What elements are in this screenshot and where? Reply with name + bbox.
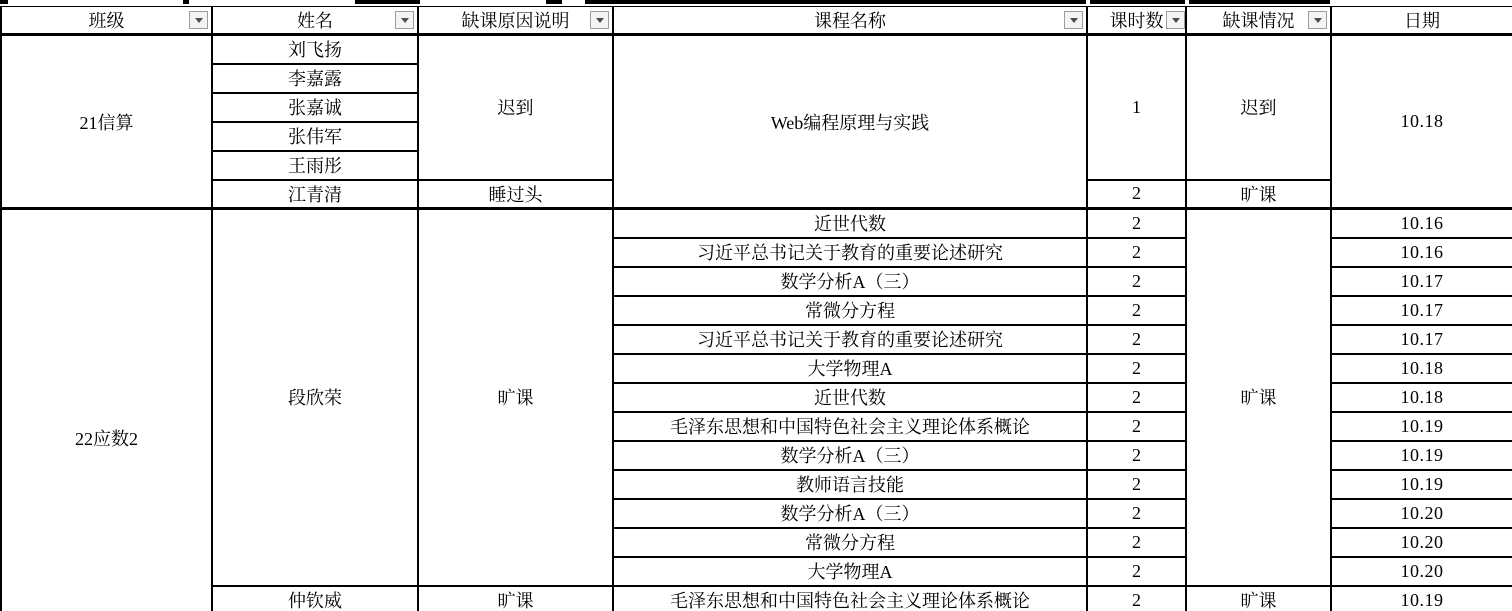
column-label-hours: 课时数 [1110, 11, 1164, 31]
cell-name[interactable]: 李嘉露 [212, 64, 418, 93]
cut-cell-fragment [355, 0, 420, 4]
chevron-down-icon [1070, 18, 1078, 23]
filter-button-hours[interactable] [1166, 11, 1185, 29]
cell-hours[interactable]: 2 [1087, 180, 1186, 209]
cut-cell-border-fragment [585, 0, 1086, 4]
chevron-down-icon [195, 18, 203, 23]
cell-hours[interactable]: 1 [1087, 35, 1186, 180]
cell-date[interactable]: 10.18 [1331, 35, 1512, 209]
cell-hours[interactable]: 2 [1087, 238, 1186, 267]
table-row: 仲钦威旷课毛泽东思想和中国特色社会主义理论体系概论2旷课10.19 [1, 586, 1512, 611]
column-header-course[interactable]: 课程名称 [613, 7, 1087, 35]
cut-cell-fragment [546, 0, 562, 4]
cell-name[interactable]: 张伟军 [212, 122, 418, 151]
table-header: 班级姓名缺课原因说明课程名称课时数缺课情况日期 [1, 7, 1512, 35]
cell-hours[interactable]: 2 [1087, 267, 1186, 296]
cell-name[interactable]: 仲钦威 [212, 586, 418, 611]
cut-cell-border-fragment [1189, 0, 1330, 4]
cell-hours[interactable]: 2 [1087, 557, 1186, 586]
cell-date[interactable]: 10.19 [1331, 441, 1512, 470]
cell-date[interactable]: 10.17 [1331, 267, 1512, 296]
cell-hours[interactable]: 2 [1087, 441, 1186, 470]
cell-reason[interactable]: 迟到 [418, 35, 613, 180]
cell-date[interactable]: 10.19 [1331, 412, 1512, 441]
cell-course[interactable]: Web编程原理与实践 [613, 35, 1087, 209]
cell-date[interactable]: 10.18 [1331, 383, 1512, 412]
column-header-reason[interactable]: 缺课原因说明 [418, 7, 613, 35]
cell-hours[interactable]: 2 [1087, 354, 1186, 383]
cell-name[interactable]: 张嘉诚 [212, 93, 418, 122]
cell-hours[interactable]: 2 [1087, 470, 1186, 499]
filter-button-course[interactable] [1064, 11, 1083, 29]
chevron-down-icon [596, 18, 604, 23]
cut-cell-fragment [183, 0, 189, 4]
cell-course[interactable]: 习近平总书记关于教育的重要论述研究 [613, 238, 1087, 267]
cell-course[interactable]: 大学物理A [613, 354, 1087, 383]
cut-cell-border-fragment [1090, 0, 1185, 4]
cell-hours[interactable]: 2 [1087, 586, 1186, 611]
cell-class[interactable]: 22应数2 [1, 209, 212, 611]
cell-course[interactable]: 毛泽东思想和中国特色社会主义理论体系概论 [613, 412, 1087, 441]
cut-off-row-above [0, 0, 1512, 6]
cell-date[interactable]: 10.17 [1331, 325, 1512, 354]
cell-course[interactable]: 数学分析A（三） [613, 499, 1087, 528]
cell-date[interactable]: 10.18 [1331, 354, 1512, 383]
column-label-class: 班级 [89, 11, 125, 31]
chevron-down-icon [1172, 18, 1180, 23]
cell-hours[interactable]: 2 [1087, 528, 1186, 557]
cell-hours[interactable]: 2 [1087, 325, 1186, 354]
cell-date[interactable]: 10.19 [1331, 470, 1512, 499]
filter-button-reason[interactable] [590, 11, 609, 29]
cell-course[interactable]: 数学分析A（三） [613, 267, 1087, 296]
column-header-class[interactable]: 班级 [1, 7, 212, 35]
cell-reason[interactable]: 睡过头 [418, 180, 613, 209]
column-label-name: 姓名 [297, 11, 333, 31]
filter-button-status[interactable] [1308, 11, 1327, 29]
cell-status[interactable]: 旷课 [1186, 586, 1331, 611]
cell-hours[interactable]: 2 [1087, 383, 1186, 412]
cell-course[interactable]: 近世代数 [613, 209, 1087, 238]
filter-button-name[interactable] [395, 11, 414, 29]
table-row: 22应数2段欣荣旷课近世代数2旷课10.16 [1, 209, 1512, 238]
column-header-hours[interactable]: 课时数 [1087, 7, 1186, 35]
spreadsheet-view: 班级姓名缺课原因说明课程名称课时数缺课情况日期 21信算刘飞扬迟到Web编程原理… [0, 0, 1512, 611]
column-label-status: 缺课情况 [1223, 11, 1295, 31]
cell-name[interactable]: 江青清 [212, 180, 418, 209]
cell-hours[interactable]: 2 [1087, 209, 1186, 238]
cell-name[interactable]: 段欣荣 [212, 209, 418, 586]
cell-course[interactable]: 近世代数 [613, 383, 1087, 412]
cell-hours[interactable]: 2 [1087, 296, 1186, 325]
column-label-date: 日期 [1404, 11, 1440, 31]
cell-status[interactable]: 旷课 [1186, 209, 1331, 586]
cell-course[interactable]: 大学物理A [613, 557, 1087, 586]
cell-hours[interactable]: 2 [1087, 499, 1186, 528]
cell-course[interactable]: 教师语言技能 [613, 470, 1087, 499]
column-label-reason: 缺课原因说明 [462, 11, 570, 31]
cell-class[interactable]: 21信算 [1, 35, 212, 209]
cell-course[interactable]: 常微分方程 [613, 296, 1087, 325]
cell-course[interactable]: 常微分方程 [613, 528, 1087, 557]
table-body: 21信算刘飞扬迟到Web编程原理与实践1迟到10.18李嘉露张嘉诚张伟军王雨彤江… [1, 35, 1512, 611]
cell-course[interactable]: 习近平总书记关于教育的重要论述研究 [613, 325, 1087, 354]
cut-cell-fragment [0, 0, 8, 4]
column-label-course: 课程名称 [814, 11, 886, 31]
cell-date[interactable]: 10.20 [1331, 528, 1512, 557]
attendance-table: 班级姓名缺课原因说明课程名称课时数缺课情况日期 21信算刘飞扬迟到Web编程原理… [0, 6, 1512, 611]
cell-date[interactable]: 10.17 [1331, 296, 1512, 325]
cell-date[interactable]: 10.16 [1331, 238, 1512, 267]
column-header-status[interactable]: 缺课情况 [1186, 7, 1331, 35]
cell-reason[interactable]: 旷课 [418, 586, 613, 611]
cell-course[interactable]: 毛泽东思想和中国特色社会主义理论体系概论 [613, 586, 1087, 611]
cell-date[interactable]: 10.16 [1331, 209, 1512, 238]
cell-name[interactable]: 刘飞扬 [212, 35, 418, 64]
chevron-down-icon [401, 18, 409, 23]
cell-date[interactable]: 10.20 [1331, 499, 1512, 528]
column-header-name[interactable]: 姓名 [212, 7, 418, 35]
cell-date[interactable]: 10.20 [1331, 557, 1512, 586]
header-row: 班级姓名缺课原因说明课程名称课时数缺课情况日期 [1, 7, 1512, 35]
cell-date[interactable]: 10.19 [1331, 586, 1512, 611]
cell-hours[interactable]: 2 [1087, 412, 1186, 441]
cell-status[interactable]: 旷课 [1186, 180, 1331, 209]
chevron-down-icon [1314, 18, 1322, 23]
cell-status[interactable]: 迟到 [1186, 35, 1331, 180]
cell-course[interactable]: 数学分析A（三） [613, 441, 1087, 470]
cell-reason[interactable]: 旷课 [418, 209, 613, 586]
filter-button-class[interactable] [189, 11, 208, 29]
table-row: 21信算刘飞扬迟到Web编程原理与实践1迟到10.18 [1, 35, 1512, 64]
column-header-date[interactable]: 日期 [1331, 7, 1512, 35]
cell-name[interactable]: 王雨彤 [212, 151, 418, 180]
